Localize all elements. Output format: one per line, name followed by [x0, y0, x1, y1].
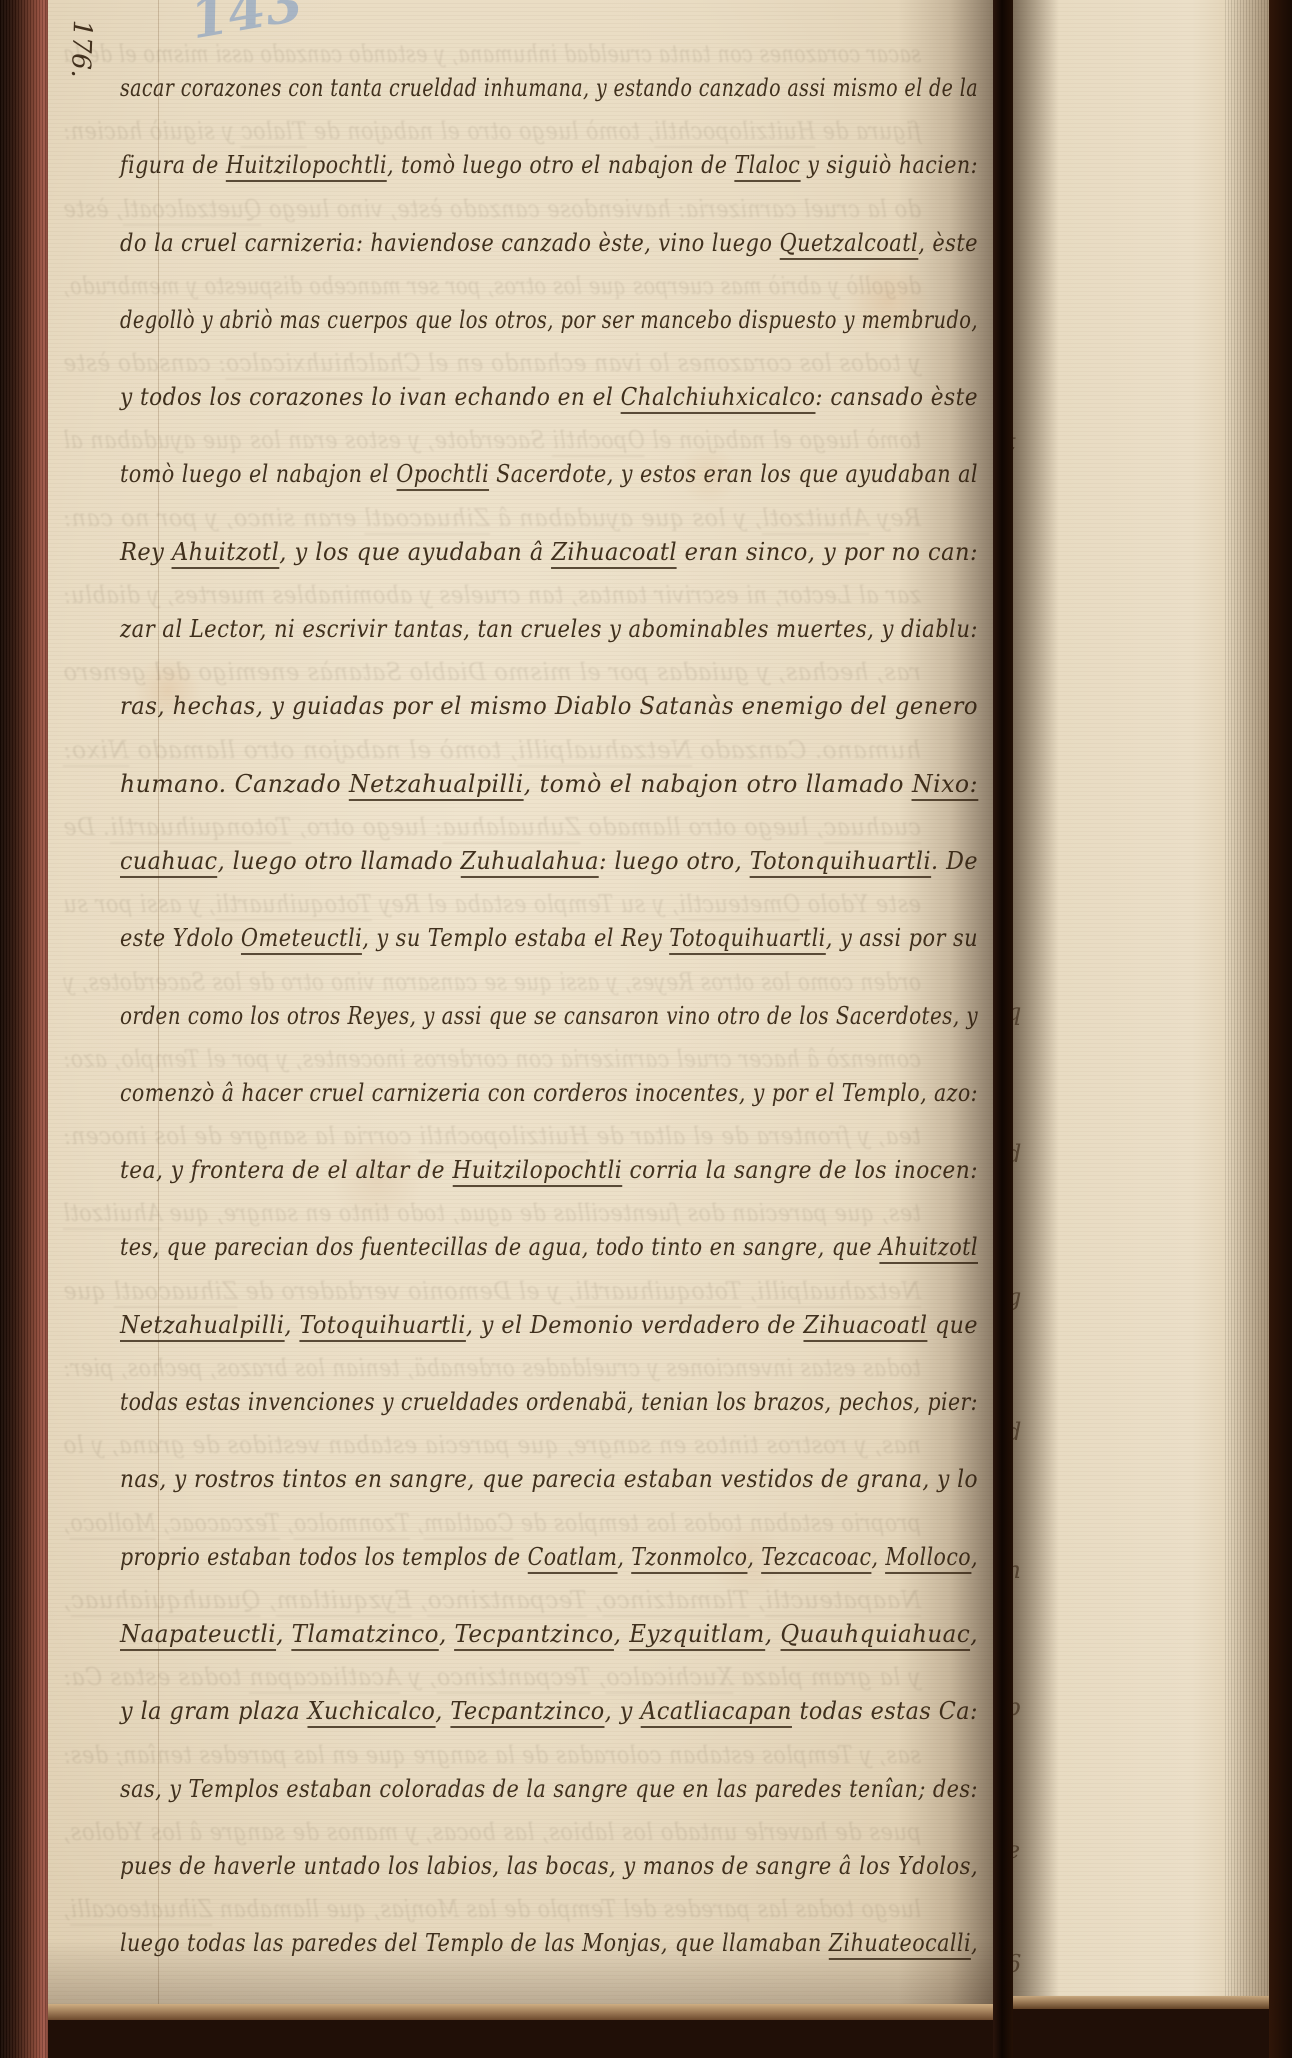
- book-photo: sacar corazones con tanta crueldad inhum…: [0, 0, 1292, 2058]
- text-segment: degollò y abriò mas cuerpos que los otro…: [120, 306, 978, 334]
- text-segment: , y: [605, 1697, 641, 1725]
- next-page-bottom-edge: [1013, 1996, 1269, 2009]
- next-page-letter-fragment: q: [1013, 1000, 1021, 1024]
- text-segment: ,: [439, 1620, 455, 1648]
- next-page-letter-fragment: e: [1013, 1838, 1020, 1862]
- text-segment: este Ydolo: [120, 924, 241, 952]
- text-segment: , y assi por su: [826, 924, 978, 952]
- next-page-letter-fragment: g: [1013, 1285, 1021, 1309]
- next-page-letter-fragment: 6: [1013, 1952, 1021, 1976]
- text-segment: sacar corazones con tanta crueldad inhum…: [120, 74, 978, 102]
- manuscript-text: sacar corazones con tanta crueldad inhum…: [120, 50, 978, 1982]
- underlined-term: Eyzquitlam: [629, 1620, 765, 1651]
- folio-number: 176.: [65, 20, 97, 79]
- line-ink: degollò y abriò mas cuerpos que los otro…: [120, 282, 978, 359]
- text-segment: y siguiò hacien:: [800, 151, 978, 179]
- text-line: comenzò â hacer cruel carnizeria con cor…: [120, 1055, 978, 1132]
- text-segment: ,: [63, 1509, 70, 1537]
- text-line: nas, y rostros tintos en sangre, que par…: [120, 1441, 978, 1518]
- text-segment: proprio estaban todos los templos de: [120, 1543, 528, 1571]
- underlined-term: Zihuacoatl: [551, 538, 677, 569]
- text-segment: que: [63, 1277, 114, 1305]
- text-line: este Ydolo Ometeuctli, y su Templo estab…: [120, 900, 978, 977]
- text-segment: tea, y frontera de el altar de: [120, 1156, 452, 1184]
- line-ink: zar al Lector, ni escrivir tantas, tan c…: [120, 591, 978, 668]
- line-ink: y la gram plaza Xuchicalco, Tecpantzinco…: [120, 1673, 978, 1750]
- line-ink: Netzahualpilli, Totoquihuartli, y el Dem…: [120, 1287, 978, 1364]
- underlined-term: Tecpantzinco: [450, 1697, 604, 1728]
- underlined-term: Acatliacapan: [640, 1697, 792, 1728]
- text-line: sas, y Templos estaban coloradas de la s…: [120, 1751, 978, 1828]
- underlined-term: Nixo:: [912, 770, 978, 801]
- text-line: cuahuac, luego otro llamado Zuhualahua: …: [120, 823, 978, 900]
- underlined-term: Netzahualpilli: [120, 1311, 284, 1342]
- line-ink: comenzò â hacer cruel carnizeria con cor…: [120, 1055, 978, 1132]
- text-segment: ,: [971, 1543, 978, 1571]
- text-segment: todas estas invenciones y crueldades ord…: [120, 1388, 978, 1416]
- line-ink: y todos los corazones lo ivan echando en…: [120, 359, 978, 436]
- text-segment: ,: [63, 1895, 70, 1923]
- underlined-term: Totoquihuartli: [669, 924, 826, 955]
- text-segment: , y su Templo estaba el Rey: [362, 924, 669, 952]
- text-line: tes, que parecian dos fuentecillas de ag…: [120, 1209, 978, 1286]
- underlined-term: Ometeuctli: [241, 924, 362, 955]
- underlined-term: Totonquihuartli: [750, 847, 931, 878]
- underlined-term: Quauhquiahuac: [780, 1620, 970, 1651]
- text-line: Netzahualpilli, Totoquihuartli, y el Dem…: [120, 1287, 978, 1364]
- text-segment: ras, hechas, y guiadas por el mismo Diab…: [120, 692, 978, 720]
- text-segment: tes, que parecian dos fuentecillas de ag…: [120, 1233, 879, 1261]
- text-line: do la cruel carnizeria: haviendose canza…: [120, 205, 978, 282]
- next-page-edge: tqdgdhbe6: [1013, 0, 1269, 1996]
- underlined-term: Zihuacoatl: [803, 1311, 927, 1342]
- text-line: figura de Huitzilopochtli, tomò luego ot…: [120, 127, 978, 204]
- text-segment: , y el Demonio verdadero de: [466, 1311, 804, 1339]
- page-bottom-edge: [48, 2004, 993, 2020]
- text-line: Rey Ahuitzotl, y los que ayudaban â Zihu…: [120, 514, 978, 591]
- text-segment: : luego otro,: [599, 847, 750, 875]
- text-segment: , luego otro llamado: [218, 847, 461, 875]
- text-line: orden como los otros Reyes, y assi que s…: [120, 978, 978, 1055]
- line-ink: humano. Canzado Netzahualpilli, tomò el …: [120, 746, 978, 823]
- line-ink: cuahuac, luego otro llamado Zuhualahua: …: [120, 823, 978, 900]
- next-page-letter-fragment: d: [1013, 1420, 1021, 1444]
- text-segment: ,: [63, 1586, 71, 1614]
- text-segment: , tomò luego otro el nabajon de: [387, 151, 734, 179]
- underlined-term: Tecpantzinco: [455, 1620, 614, 1651]
- library-stamp: MEXICO: [992, 732, 993, 936]
- text-segment: ,: [617, 1543, 631, 1571]
- text-segment: ,: [970, 1620, 978, 1648]
- underlined-term: Totoquihuartli: [299, 1311, 465, 1342]
- text-segment: y la gram plaza: [120, 1697, 308, 1725]
- line-ink: sas, y Templos estaban coloradas de la s…: [120, 1751, 978, 1828]
- page-gutter: [993, 0, 1013, 2058]
- text-segment: corria la sangre de los inocen:: [622, 1156, 978, 1184]
- blue-pencil-mark: 143: [185, 0, 307, 51]
- underlined-term: Quetzalcoatl: [779, 229, 918, 260]
- text-line: humano. Canzado Netzahualpilli, tomò el …: [120, 746, 978, 823]
- underlined-term: Xuchicalco: [308, 1697, 436, 1728]
- text-line: pues de haverle untado los labios, las b…: [120, 1828, 978, 1905]
- underlined-term: Tlaloc: [734, 151, 800, 182]
- text-segment: ,: [284, 1311, 299, 1339]
- text-segment: luego todas las paredes del Templo de la…: [120, 1929, 829, 1957]
- line-ink: tea, y frontera de el altar de Huitzilop…: [120, 1132, 978, 1209]
- text-line: degollò y abriò mas cuerpos que los otro…: [120, 282, 978, 359]
- text-segment: , èste: [63, 195, 123, 223]
- line-ink: Naapateuctli, Tlamatzinco, Tecpantzinco,…: [120, 1596, 978, 1673]
- underlined-term: Tezcacoac: [761, 1543, 871, 1574]
- text-segment: . De: [931, 847, 978, 875]
- text-segment: , tomò el nabajon otro llamado: [524, 770, 912, 798]
- text-segment: ,: [435, 1697, 450, 1725]
- text-line: y todos los corazones lo ivan echando en…: [120, 359, 978, 436]
- line-ink: este Ydolo Ometeuctli, y su Templo estab…: [120, 900, 978, 977]
- text-segment: do la cruel carnizeria: haviendose canza…: [120, 229, 779, 257]
- text-segment: : cansado èste: [815, 383, 978, 411]
- manuscript-page: sacar corazones con tanta crueldad inhum…: [48, 0, 993, 2004]
- line-ink: figura de Huitzilopochtli, tomò luego ot…: [120, 127, 978, 204]
- next-page-letter-fragment: h: [1013, 1558, 1021, 1582]
- underlined-term: Ahuitzotl: [879, 1233, 978, 1264]
- line-ink: orden como los otros Reyes, y assi que s…: [120, 978, 978, 1055]
- text-line: zar al Lector, ni escrivir tantas, tan c…: [120, 591, 978, 668]
- text-segment: tomò luego el nabajon el: [120, 460, 396, 488]
- text-segment: ,: [871, 1543, 885, 1571]
- underlined-term: Tlamatzinco: [292, 1620, 439, 1651]
- underlined-term: Huitzilopochtli: [452, 1156, 622, 1187]
- text-segment: , èste: [918, 229, 978, 257]
- text-segment: figura de: [120, 151, 226, 179]
- line-ink: luego todas las paredes del Templo de la…: [120, 1905, 978, 1982]
- text-segment: , y los que ayudaban â: [279, 538, 551, 566]
- line-ink: tes, que parecian dos fuentecillas de ag…: [120, 1209, 978, 1286]
- next-page-letter-fragment: d: [1013, 1142, 1021, 1166]
- underlined-term: Ahuitzotl: [172, 538, 279, 569]
- text-segment: sas, y Templos estaban coloradas de la s…: [120, 1775, 978, 1803]
- text-segment: ,: [765, 1620, 781, 1648]
- text-line: Naapateuctli, Tlamatzinco, Tecpantzinco,…: [120, 1596, 978, 1673]
- text-segment: orden como los otros Reyes, y assi que s…: [120, 1002, 978, 1030]
- text-segment: humano. Canzado: [120, 770, 349, 798]
- text-segment: que: [927, 1311, 978, 1339]
- line-ink: proprio estaban todos los templos de Coa…: [120, 1519, 978, 1596]
- line-ink: Rey Ahuitzotl, y los que ayudaban â Zihu…: [120, 514, 978, 591]
- text-segment: ,: [614, 1620, 630, 1648]
- text-line: sacar corazones con tanta crueldad inhum…: [120, 50, 978, 127]
- text-line: ras, hechas, y guiadas por el mismo Diab…: [120, 668, 978, 745]
- line-ink: nas, y rostros tintos en sangre, que par…: [120, 1441, 978, 1518]
- text-segment: y todos los corazones lo ivan echando en…: [120, 383, 621, 411]
- line-ink: sacar corazones con tanta crueldad inhum…: [120, 50, 978, 127]
- text-segment: Rey: [120, 538, 172, 566]
- underlined-term: Opochtli: [396, 460, 489, 491]
- underlined-term: Zihuateocalli: [829, 1929, 971, 1960]
- text-segment: ,: [971, 1929, 978, 1957]
- text-line: proprio estaban todos los templos de Coa…: [120, 1519, 978, 1596]
- text-line: todas estas invenciones y crueldades ord…: [120, 1364, 978, 1441]
- next-page-letter-fragment: b: [1013, 1695, 1021, 1719]
- text-segment: comenzò â hacer cruel carnizeria con cor…: [120, 1079, 978, 1107]
- next-page-letter-fragment: t: [1013, 430, 1016, 454]
- text-segment: Sacerdote, y estos eran los que ayudaban…: [489, 460, 978, 488]
- book-spine-edge: [0, 0, 48, 2058]
- line-ink: ras, hechas, y guiadas por el mismo Diab…: [120, 668, 978, 745]
- text-segment: ,: [276, 1620, 292, 1648]
- line-ink: pues de haverle untado los labios, las b…: [120, 1828, 978, 1905]
- text-line: tomò luego el nabajon el Opochtli Sacerd…: [120, 436, 978, 513]
- text-segment: nas, y rostros tintos en sangre, que par…: [120, 1465, 978, 1493]
- line-ink: todas estas invenciones y crueldades ord…: [120, 1364, 978, 1441]
- text-segment: pues de haverle untado los labios, las b…: [120, 1852, 978, 1880]
- line-ink: tomò luego el nabajon el Opochtli Sacerd…: [120, 436, 978, 513]
- underlined-term: Zuhualahua: [461, 847, 599, 878]
- underlined-term: Naapateuctli: [120, 1620, 276, 1651]
- underlined-term: Netzahualpilli: [349, 770, 524, 801]
- text-line: y la gram plaza Xuchicalco, Tecpantzinco…: [120, 1673, 978, 1750]
- underlined-term: Tzonmolco: [631, 1543, 747, 1574]
- book-edge-right: [1269, 0, 1292, 2058]
- text-line: luego todas las paredes del Templo de la…: [120, 1905, 978, 1982]
- underlined-term: cuahuac: [120, 847, 218, 878]
- text-segment: zar al Lector, ni escrivir tantas, tan c…: [120, 615, 978, 643]
- underlined-term: Chalchiuhxicalco: [621, 383, 816, 414]
- underlined-term: Molloco: [885, 1543, 971, 1574]
- text-segment: ,: [747, 1543, 761, 1571]
- text-segment: todas estas Ca:: [792, 1697, 978, 1725]
- underlined-term: Huitzilopochtli: [226, 151, 387, 182]
- text-line: tea, y frontera de el altar de Huitzilop…: [120, 1132, 978, 1209]
- text-segment: eran sinco, y por no can:: [677, 538, 978, 566]
- line-ink: do la cruel carnizeria: haviendose canza…: [120, 205, 978, 282]
- underlined-term: Coatlam: [528, 1543, 618, 1574]
- text-segment: . De: [63, 813, 110, 841]
